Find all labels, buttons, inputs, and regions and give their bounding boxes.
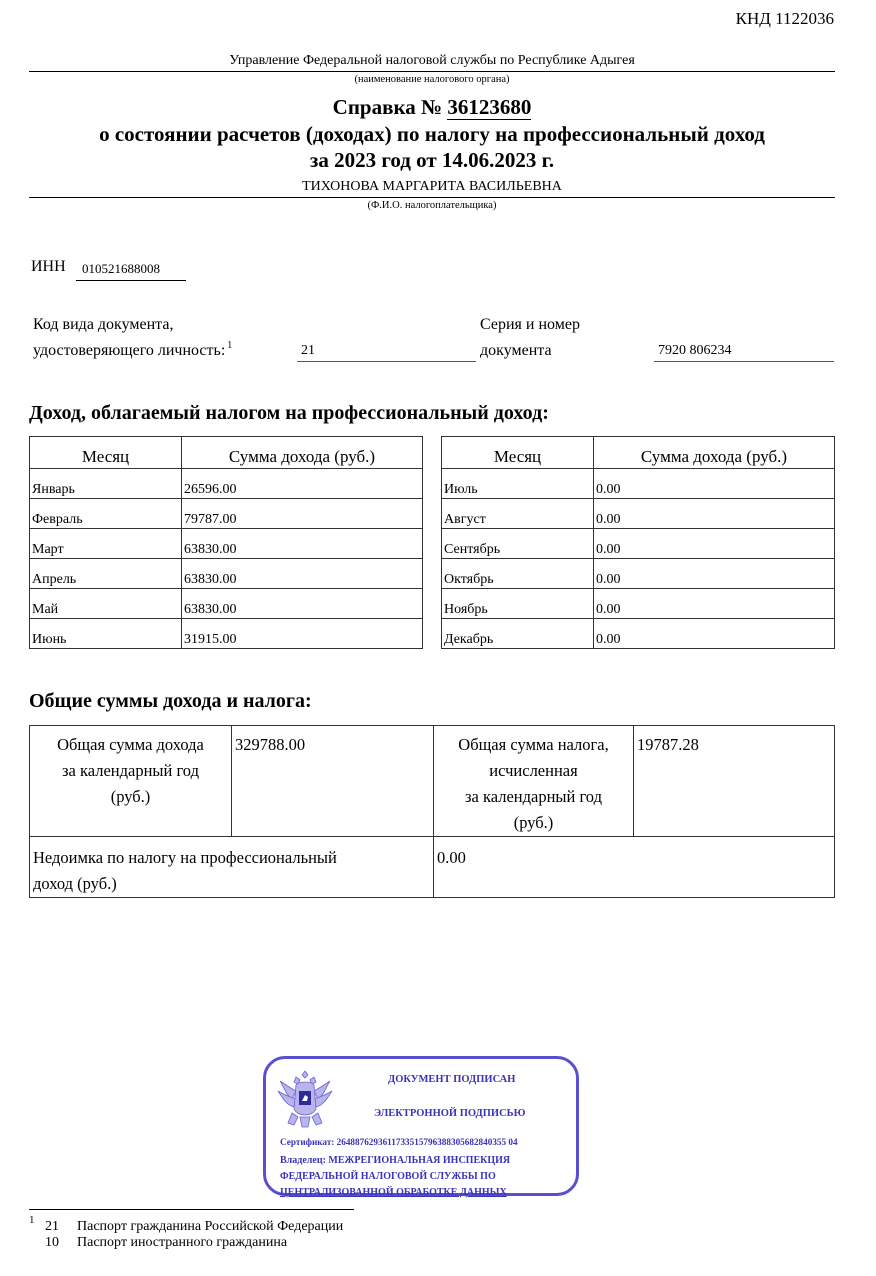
- amount-cell: 63830.00: [182, 529, 423, 559]
- doc-series-label-2: документа: [480, 342, 552, 360]
- taxpayer-full-name: ТИХОНОВА МАРГАРИТА ВАСИЛЬЕВНА: [29, 179, 835, 195]
- amount-cell: 0.00: [594, 529, 835, 559]
- russian-coat-of-arms-icon: [274, 1065, 336, 1131]
- month-cell: Июль: [442, 469, 594, 499]
- footnote-marker: 1: [29, 1214, 35, 1226]
- amount-cell: 0.00: [594, 619, 835, 649]
- stamp-line-2: ЭЛЕКТРОННОЙ ПОДПИСЬЮ: [374, 1108, 525, 1119]
- form-code: КНД 1122036: [736, 9, 834, 29]
- footnote-marker: 1: [227, 340, 232, 351]
- month-cell: Март: [30, 529, 182, 559]
- table-row: Май63830.00: [30, 589, 423, 619]
- table-row: Сентябрь0.00: [442, 529, 835, 559]
- footnote-text: Паспорт иностранного гражданина: [77, 1235, 287, 1250]
- month-cell: Сентябрь: [442, 529, 594, 559]
- month-cell: Август: [442, 499, 594, 529]
- table-row: Июль0.00: [442, 469, 835, 499]
- total-income-label-line: Общая сумма дохода: [33, 732, 228, 758]
- title-line-2: о состоянии расчетов (доходах) по налогу…: [29, 120, 835, 149]
- table-row: Февраль79787.00: [30, 499, 423, 529]
- total-tax-label-line: Общая сумма налога,: [437, 732, 630, 758]
- title-prefix: Справка №: [333, 95, 448, 119]
- amount-cell: 0.00: [594, 469, 835, 499]
- table-row: Март63830.00: [30, 529, 423, 559]
- title-line-3: за 2023 год от 14.06.2023 г.: [29, 146, 835, 175]
- total-tax-label-line: (руб.): [437, 810, 630, 836]
- month-cell: Ноябрь: [442, 589, 594, 619]
- month-cell: Апрель: [30, 559, 182, 589]
- arrears-value: 0.00: [434, 837, 835, 898]
- certificate-title: Справка № 36123680: [29, 93, 835, 122]
- column-header-amount: Сумма дохода (руб.): [182, 437, 423, 469]
- totals-section-title: Общие суммы дохода и налога:: [29, 690, 312, 713]
- month-cell: Май: [30, 589, 182, 619]
- stamp-line-1: ДОКУМЕНТ ПОДПИСАН: [388, 1074, 515, 1085]
- full-name-caption: (Ф.И.О. налогоплательщика): [29, 200, 835, 211]
- total-tax-label-line: за календарный год: [437, 784, 630, 810]
- doc-series-value: 7920 806234: [654, 343, 834, 362]
- stamp-owner: Владелец: МЕЖРЕГИОНАЛЬНАЯ ИНСПЕКЦИЯ ФЕДЕ…: [280, 1153, 510, 1201]
- amount-cell: 26596.00: [182, 469, 423, 499]
- table-row: Декабрь0.00: [442, 619, 835, 649]
- full-name-underline: [29, 197, 835, 198]
- doc-code-label-2: удостоверяющего личность:1: [33, 342, 232, 360]
- month-cell: Январь: [30, 469, 182, 499]
- footnote-divider: [29, 1209, 354, 1210]
- table-row: Октябрь0.00: [442, 559, 835, 589]
- month-cell: Февраль: [30, 499, 182, 529]
- amount-cell: 0.00: [594, 499, 835, 529]
- total-income-label: Общая сумма дохода за календарный год (р…: [30, 726, 232, 837]
- total-income-label-line: (руб.): [33, 784, 228, 810]
- amount-cell: 63830.00: [182, 589, 423, 619]
- table-row: Август0.00: [442, 499, 835, 529]
- footnote-item: 10Паспорт иностранного гражданина: [45, 1235, 343, 1251]
- tax-authority-name: Управление Федеральной налоговой службы …: [29, 53, 835, 69]
- stamp-owner-line: Владелец: МЕЖРЕГИОНАЛЬНАЯ ИНСПЕКЦИЯ: [280, 1153, 510, 1169]
- total-tax-label-line: исчисленная: [437, 758, 630, 784]
- inn-label: ИНН: [31, 258, 66, 276]
- inn-value: 010521688008: [76, 261, 186, 281]
- table-row: Апрель63830.00: [30, 559, 423, 589]
- income-table-second-half: Месяц Сумма дохода (руб.) Июль0.00Август…: [441, 436, 835, 649]
- stamp-owner-line: ФЕДЕРАЛЬНОЙ НАЛОГОВОЙ СЛУЖБЫ ПО: [280, 1169, 510, 1185]
- doc-series-label-1: Серия и номер: [480, 316, 580, 334]
- footnote-item: 21Паспорт гражданина Российской Федераци…: [45, 1219, 343, 1235]
- tax-authority-caption: (наименование налогового органа): [29, 74, 835, 85]
- amount-cell: 63830.00: [182, 559, 423, 589]
- income-table-first-half: Месяц Сумма дохода (руб.) Январь26596.00…: [29, 436, 423, 649]
- column-header-month: Месяц: [442, 437, 594, 469]
- doc-code-label-1: Код вида документа,: [33, 316, 173, 334]
- amount-cell: 31915.00: [182, 619, 423, 649]
- column-header-amount: Сумма дохода (руб.): [594, 437, 835, 469]
- amount-cell: 0.00: [594, 589, 835, 619]
- totals-table: Общая сумма дохода за календарный год (р…: [29, 725, 835, 898]
- stamp-certificate: Сертификат: 2648876293611733515796388305…: [280, 1137, 518, 1147]
- amount-cell: 0.00: [594, 559, 835, 589]
- table-row: Январь26596.00: [30, 469, 423, 499]
- amount-cell: 79787.00: [182, 499, 423, 529]
- month-cell: Декабрь: [442, 619, 594, 649]
- certificate-number: 36123680: [447, 95, 531, 120]
- income-section-title: Доход, облагаемый налогом на профессиона…: [29, 402, 549, 425]
- stamp-owner-line: ЦЕНТРАЛИЗОВАННОЙ ОБРАБОТКЕ ДАННЫХ: [280, 1185, 510, 1201]
- tax-authority-underline: [29, 71, 835, 72]
- total-tax-value: 19787.28: [634, 726, 835, 837]
- month-cell: Июнь: [30, 619, 182, 649]
- table-row: Ноябрь0.00: [442, 589, 835, 619]
- column-header-month: Месяц: [30, 437, 182, 469]
- arrears-label-line: доход (руб.): [33, 871, 430, 897]
- electronic-signature-stamp: ДОКУМЕНТ ПОДПИСАН ЭЛЕКТРОННОЙ ПОДПИСЬЮ С…: [263, 1056, 579, 1196]
- arrears-label-line: Недоимка по налогу на профессиональный: [33, 845, 430, 871]
- total-tax-label: Общая сумма налога, исчисленная за кален…: [434, 726, 634, 837]
- total-income-value: 329788.00: [232, 726, 434, 837]
- footnote-code: 21: [45, 1219, 77, 1235]
- doc-code-label-text: удостоверяющего личность:: [33, 342, 225, 359]
- footnote-text: Паспорт гражданина Российской Федерации: [77, 1219, 343, 1234]
- doc-code-value: 21: [297, 343, 476, 362]
- table-row: Июнь31915.00: [30, 619, 423, 649]
- month-cell: Октябрь: [442, 559, 594, 589]
- footnote-code: 10: [45, 1235, 77, 1251]
- total-income-label-line: за календарный год: [33, 758, 228, 784]
- footnote-list: 21Паспорт гражданина Российской Федераци…: [45, 1219, 343, 1251]
- arrears-label: Недоимка по налогу на профессиональный д…: [30, 837, 434, 898]
